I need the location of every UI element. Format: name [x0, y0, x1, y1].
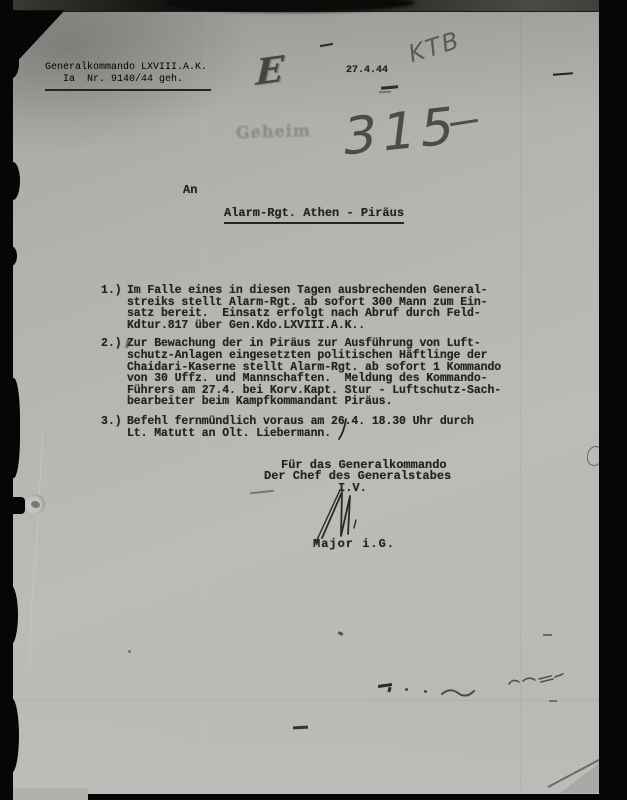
- document-scan: Generalkommando LXVIII.A.K. Ia Nr. 9140/…: [0, 0, 627, 800]
- paragraph-number: 3.): [101, 416, 122, 439]
- signer-rank: Major i.G.: [313, 537, 395, 551]
- edge-tear: [3, 585, 18, 645]
- paper-crease: [13, 766, 603, 767]
- paragraph-text: Im Falle eines in diesen Tagen ausbreche…: [127, 285, 487, 331]
- pencil-squiggle: [440, 685, 476, 697]
- letterhead-unit: Generalkommando LXVIII.A.K.: [45, 62, 207, 74]
- ink-speck: [128, 650, 131, 653]
- paper-crease: [13, 700, 603, 701]
- edge-tear: [5, 246, 17, 266]
- pencil-scribble: [505, 671, 565, 689]
- edge-tear: [6, 162, 20, 200]
- handwritten-e-mark: E: [255, 48, 284, 93]
- paragraph-number: 1.): [101, 285, 122, 331]
- signature-scribble: [312, 486, 370, 544]
- order-body: 1.) Im Falle eines in diesen Tagen ausbr…: [101, 285, 521, 446]
- edge-tear: [4, 698, 19, 773]
- paragraph-1: 1.) Im Falle eines in diesen Tagen ausbr…: [101, 285, 521, 331]
- paragraph-text: Zur Bewachung der in Piräus zur Ausführu…: [127, 338, 501, 408]
- paragraph-2: 2.) Zur Bewachung der in Piräus zur Ausf…: [101, 338, 521, 408]
- ink-speck: [405, 688, 408, 691]
- punch-hole-tear: [0, 497, 25, 514]
- addressee-line: Alarm-Rgt. Athen - Piräus: [224, 206, 404, 224]
- document-date: 27.4.44: [346, 65, 388, 76]
- pencil-dash: [543, 634, 552, 636]
- handwritten-checkmark: [336, 417, 350, 441]
- paper-bottom-corner: [13, 788, 88, 800]
- geheim-stamp: Geheim: [236, 121, 311, 143]
- letterhead: Generalkommando LXVIII.A.K. Ia Nr. 9140/…: [45, 62, 211, 91]
- pencil-dash: [549, 700, 557, 702]
- paragraph-number: 2.): [101, 338, 122, 408]
- edge-tear: [4, 378, 20, 478]
- letterhead-file-number: Ia Nr. 9140/44 geh.: [45, 74, 207, 86]
- handwritten-page-number: 315: [339, 98, 462, 166]
- salutation: An: [183, 183, 197, 197]
- paragraph-3: 3.) Befehl fernmündlich voraus am 26.4. …: [101, 416, 521, 439]
- scan-right-edge: [599, 0, 627, 800]
- paragraph-text: Befehl fernmündlich voraus am 26.4. 18.3…: [127, 416, 474, 439]
- ink-speck: [424, 690, 427, 693]
